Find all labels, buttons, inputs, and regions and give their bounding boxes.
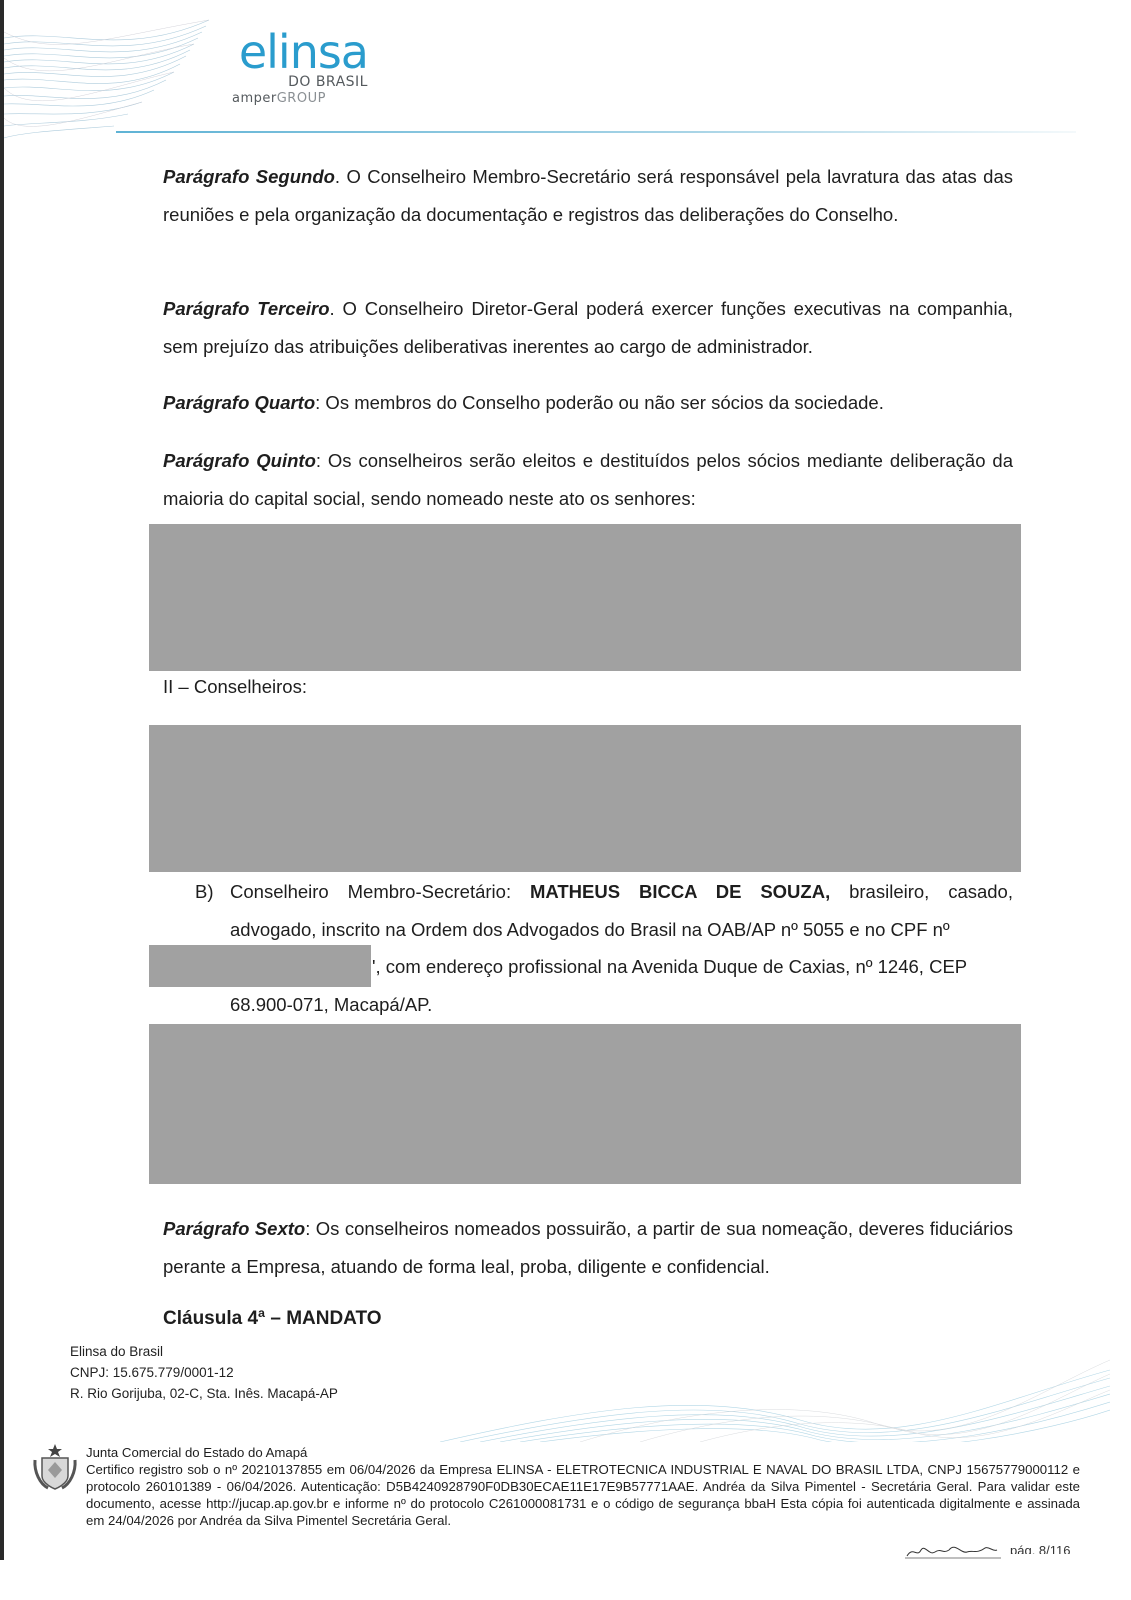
paragraph-lead: Parágrafo Quinto: [163, 450, 316, 471]
member-b-line-4: 68.900-071, Macapá/AP.: [230, 986, 1013, 1024]
logo-group-bold: amper: [232, 91, 277, 106]
page-left-edge: [0, 0, 4, 1560]
section-heading: II – Conselheiros:: [163, 668, 1013, 706]
footer-company-name: Elinsa do Brasil: [70, 1341, 338, 1362]
redacted-block: [149, 524, 1021, 671]
paragraph-text: : Os membros do Conselho poderão ou não …: [315, 392, 884, 413]
paragraph-quarto: Parágrafo Quarto: Os membros do Conselho…: [163, 384, 1013, 422]
paragraph-segundo: Parágrafo Segundo. O Conselheiro Membro-…: [163, 158, 1013, 233]
certification-text: Certifico registro sob o nº 20210137855 …: [86, 1462, 1080, 1528]
paragraph-quinto: Parágrafo Quinto: Os conselheiros serão …: [163, 442, 1013, 517]
section-conselheiros: II – Conselheiros:: [163, 668, 1013, 706]
redacted-block: [149, 1024, 1021, 1184]
redacted-cpf: [149, 945, 371, 987]
member-name: MATHEUS BICCA DE SOUZA,: [530, 881, 830, 902]
list-marker: B): [195, 873, 214, 911]
member-b-line-2: advogado, inscrito na Ordem dos Advogado…: [230, 911, 1013, 949]
member-details: brasileiro, casado,: [830, 881, 1013, 902]
logo-group-light: GROUP: [277, 91, 326, 106]
signature-icon: [905, 1540, 1001, 1560]
page-number: pág. 8/116: [1010, 1541, 1070, 1554]
logo-wordmark: elinsa: [222, 30, 382, 74]
member-role: Conselheiro Membro-Secretário:: [230, 881, 530, 902]
state-seal-icon: [32, 1442, 78, 1492]
footer-cnpj: CNPJ: 15.675.779/0001-12: [70, 1362, 338, 1383]
member-b-line-1: Conselheiro Membro-Secretário: MATHEUS B…: [230, 873, 1013, 911]
paragraph-terceiro: Parágrafo Terceiro. O Conselheiro Direto…: [163, 290, 1013, 365]
paragraph-sexto: Parágrafo Sexto: Os conselheiros nomeado…: [163, 1210, 1013, 1285]
certification-block: Junta Comercial do Estado do Amapá Certi…: [86, 1444, 1080, 1529]
paragraph-lead: Parágrafo Quarto: [163, 392, 315, 413]
header-divider: [116, 131, 1076, 133]
logo-group: amperGROUP: [232, 90, 382, 108]
page-bottom-margin: [0, 1590, 1131, 1600]
clause-title: Cláusula 4ª – MANDATO: [163, 1308, 382, 1330]
decorative-wave-footer: [380, 1350, 1110, 1442]
paragraph-lead: Parágrafo Segundo: [163, 166, 335, 187]
paragraph-lead: Parágrafo Terceiro: [163, 298, 330, 319]
redacted-block: [149, 725, 1021, 872]
company-logo: elinsa DO BRASIL amperGROUP: [222, 30, 382, 108]
certification-title: Junta Comercial do Estado do Amapá: [86, 1444, 1080, 1461]
footer-company-info: Elinsa do Brasil CNPJ: 15.675.779/0001-1…: [70, 1341, 338, 1404]
footer-address: R. Rio Gorijuba, 02-C, Sta. Inês. Macapá…: [70, 1383, 338, 1404]
paragraph-lead: Parágrafo Sexto: [163, 1218, 305, 1239]
